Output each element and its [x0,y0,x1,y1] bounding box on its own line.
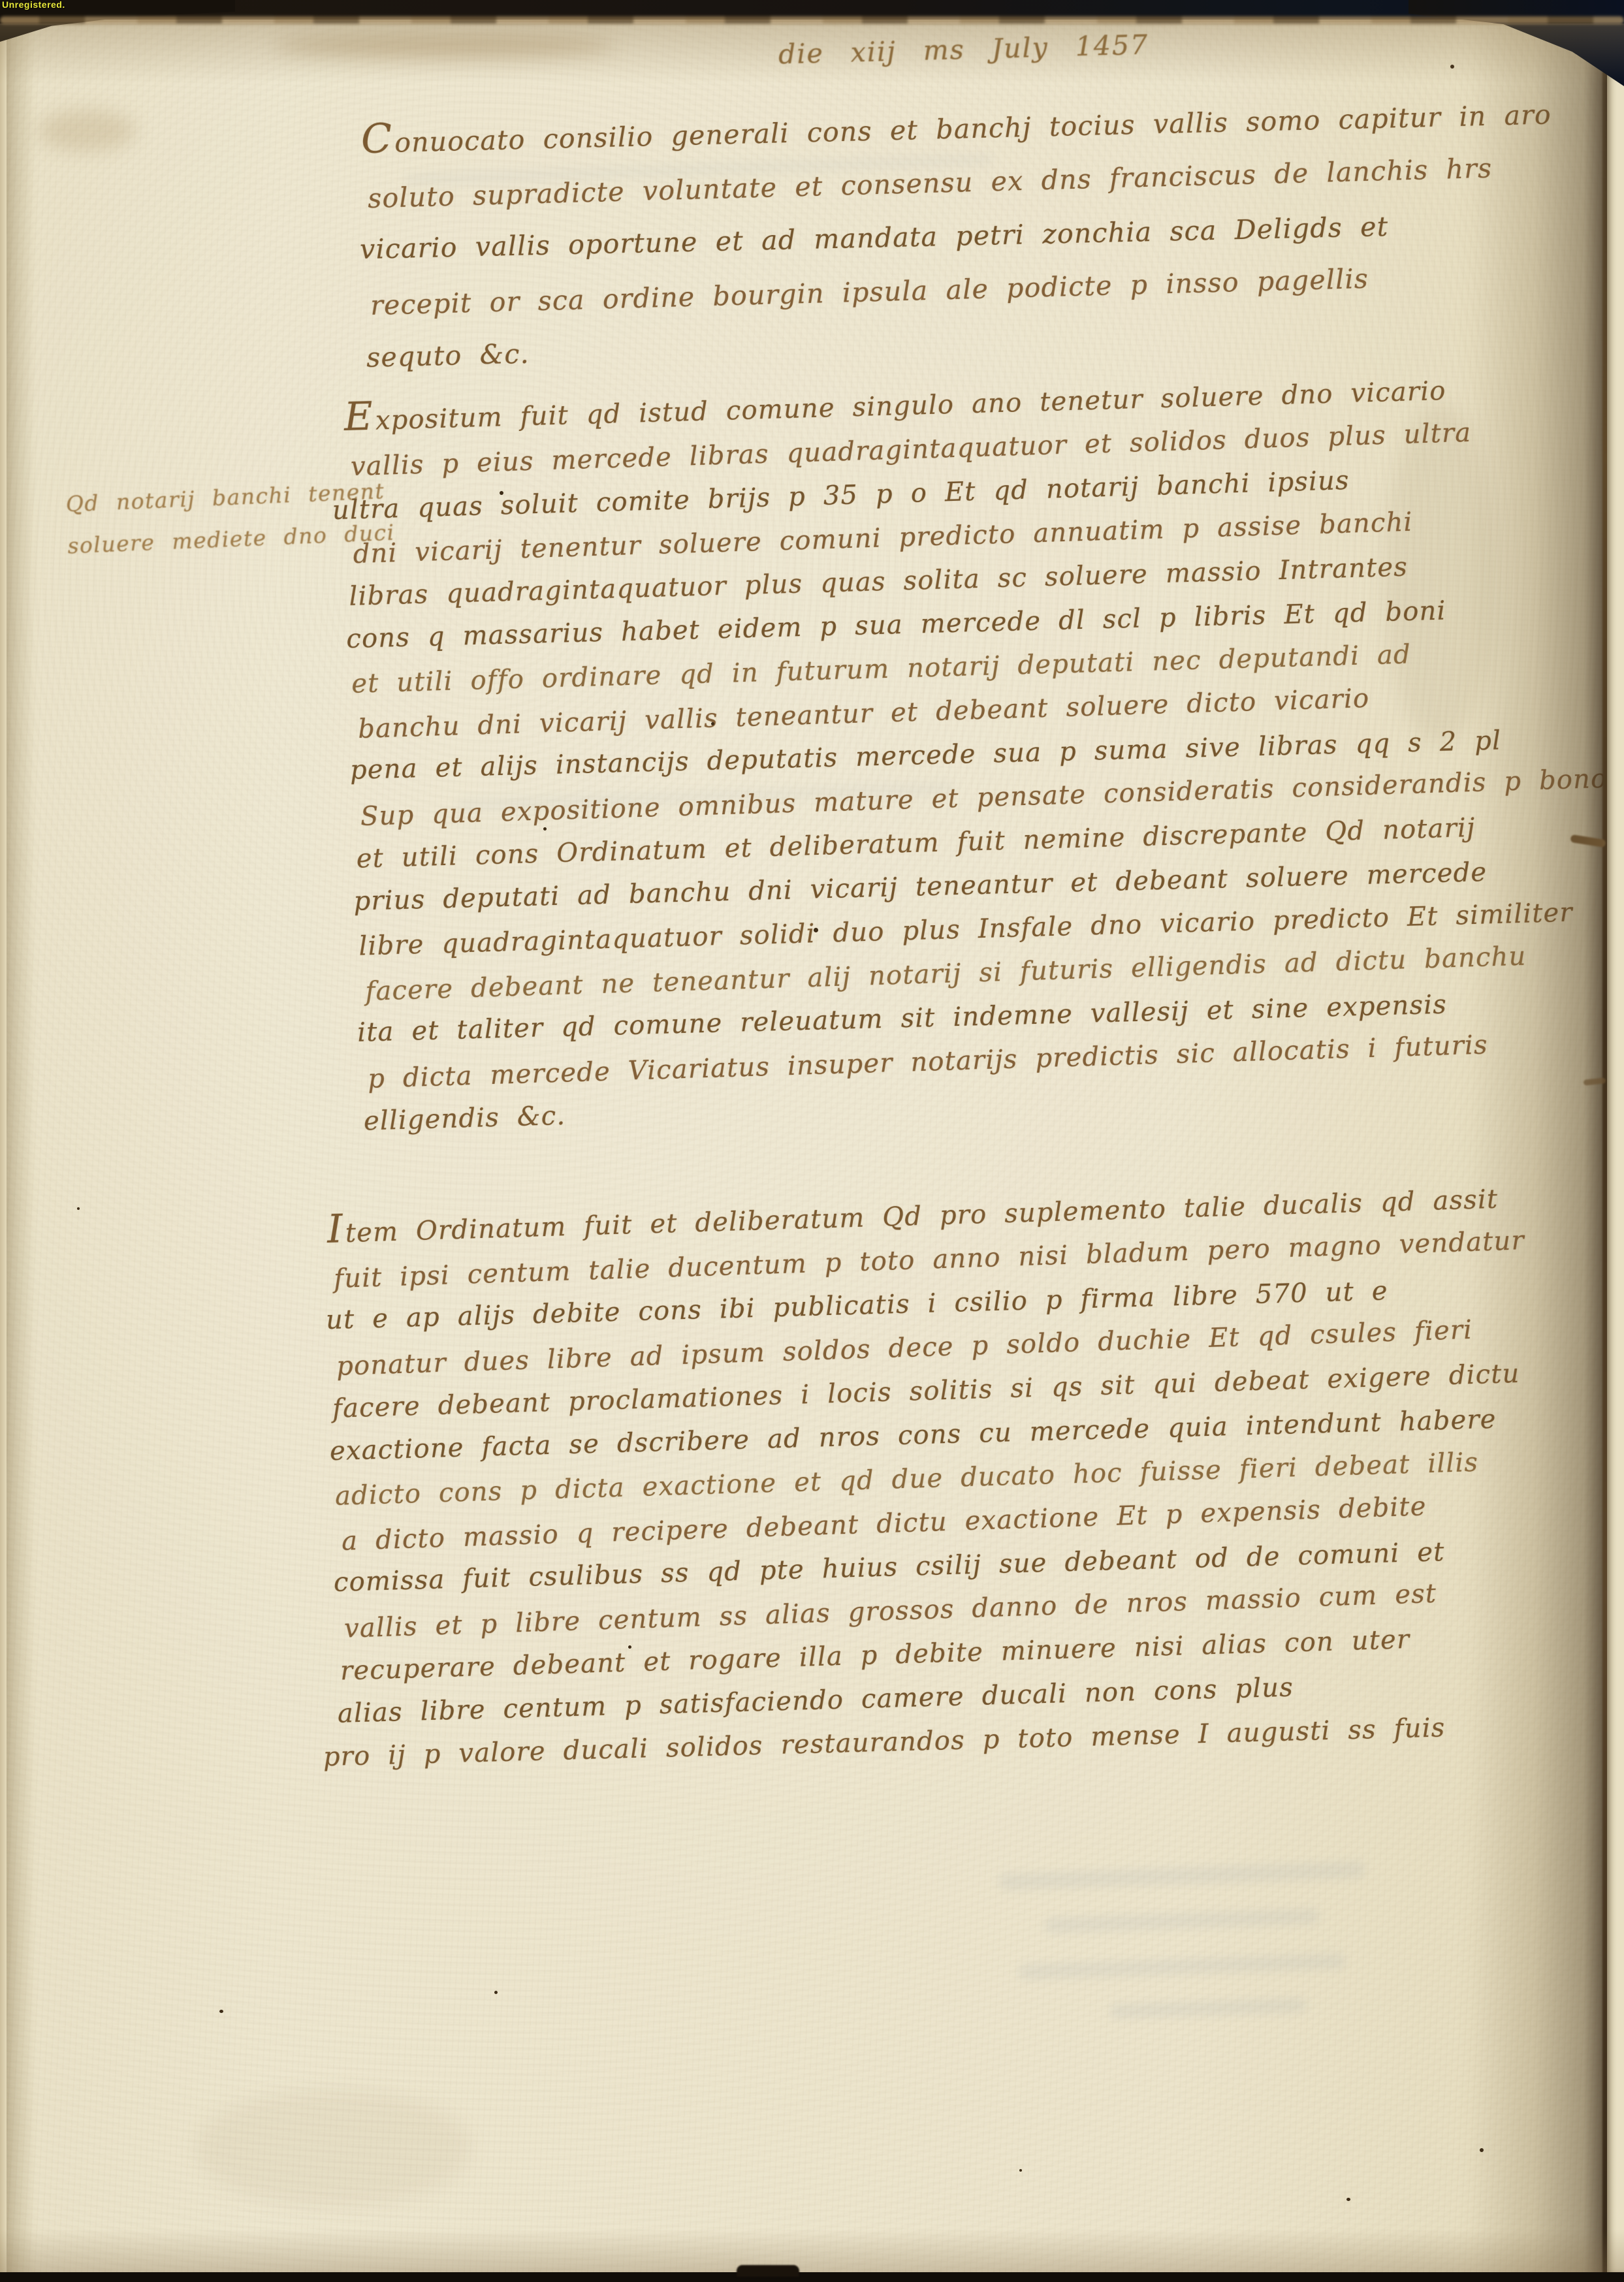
top-edge-shadow [0,24,1624,84]
bleed-through-ghost [1045,1909,1320,1934]
paragraph-convocation: Conuocato consilio generali cons et banc… [360,83,1557,384]
ink-speck [814,928,818,932]
paragraph-item-ordinatum: Item Ordinatum fuit et deliberatum Qd pr… [326,1173,1535,1781]
ink-speck [1346,2198,1350,2201]
ink-speck [494,1991,498,1994]
paper-stain [196,2089,470,2207]
paragraph-expositum: Expositum fuit qd istud comune singulo a… [343,361,1611,1144]
ink-speck [543,827,547,831]
ink-speck [711,722,714,725]
ink-speck [1019,2169,1022,2172]
page-deckle-edge [0,0,7,2282]
ink-speck [628,1645,631,1649]
ink-speck [500,491,503,495]
ink-speck [77,1207,80,1210]
unregistered-watermark: Unregistered. [2,0,65,10]
binding-gutter-shadow [1471,0,1608,2282]
manuscript-scan: die xiij ms July 1457 Qd notarij banchi … [0,0,1624,2282]
binding-edge-bottom [0,2272,1624,2282]
paper-stain [38,110,136,151]
bottom-edge-shadow [0,2229,1624,2272]
bottom-edge-mark [737,2265,799,2277]
adjacent-page-edge [1607,22,1624,2272]
bleed-through-ghost [999,1861,1365,1891]
bleed-through-ghost [1110,1998,1307,2019]
bleed-through-ghost [1019,1953,1346,1980]
ink-speck [219,2010,223,2013]
